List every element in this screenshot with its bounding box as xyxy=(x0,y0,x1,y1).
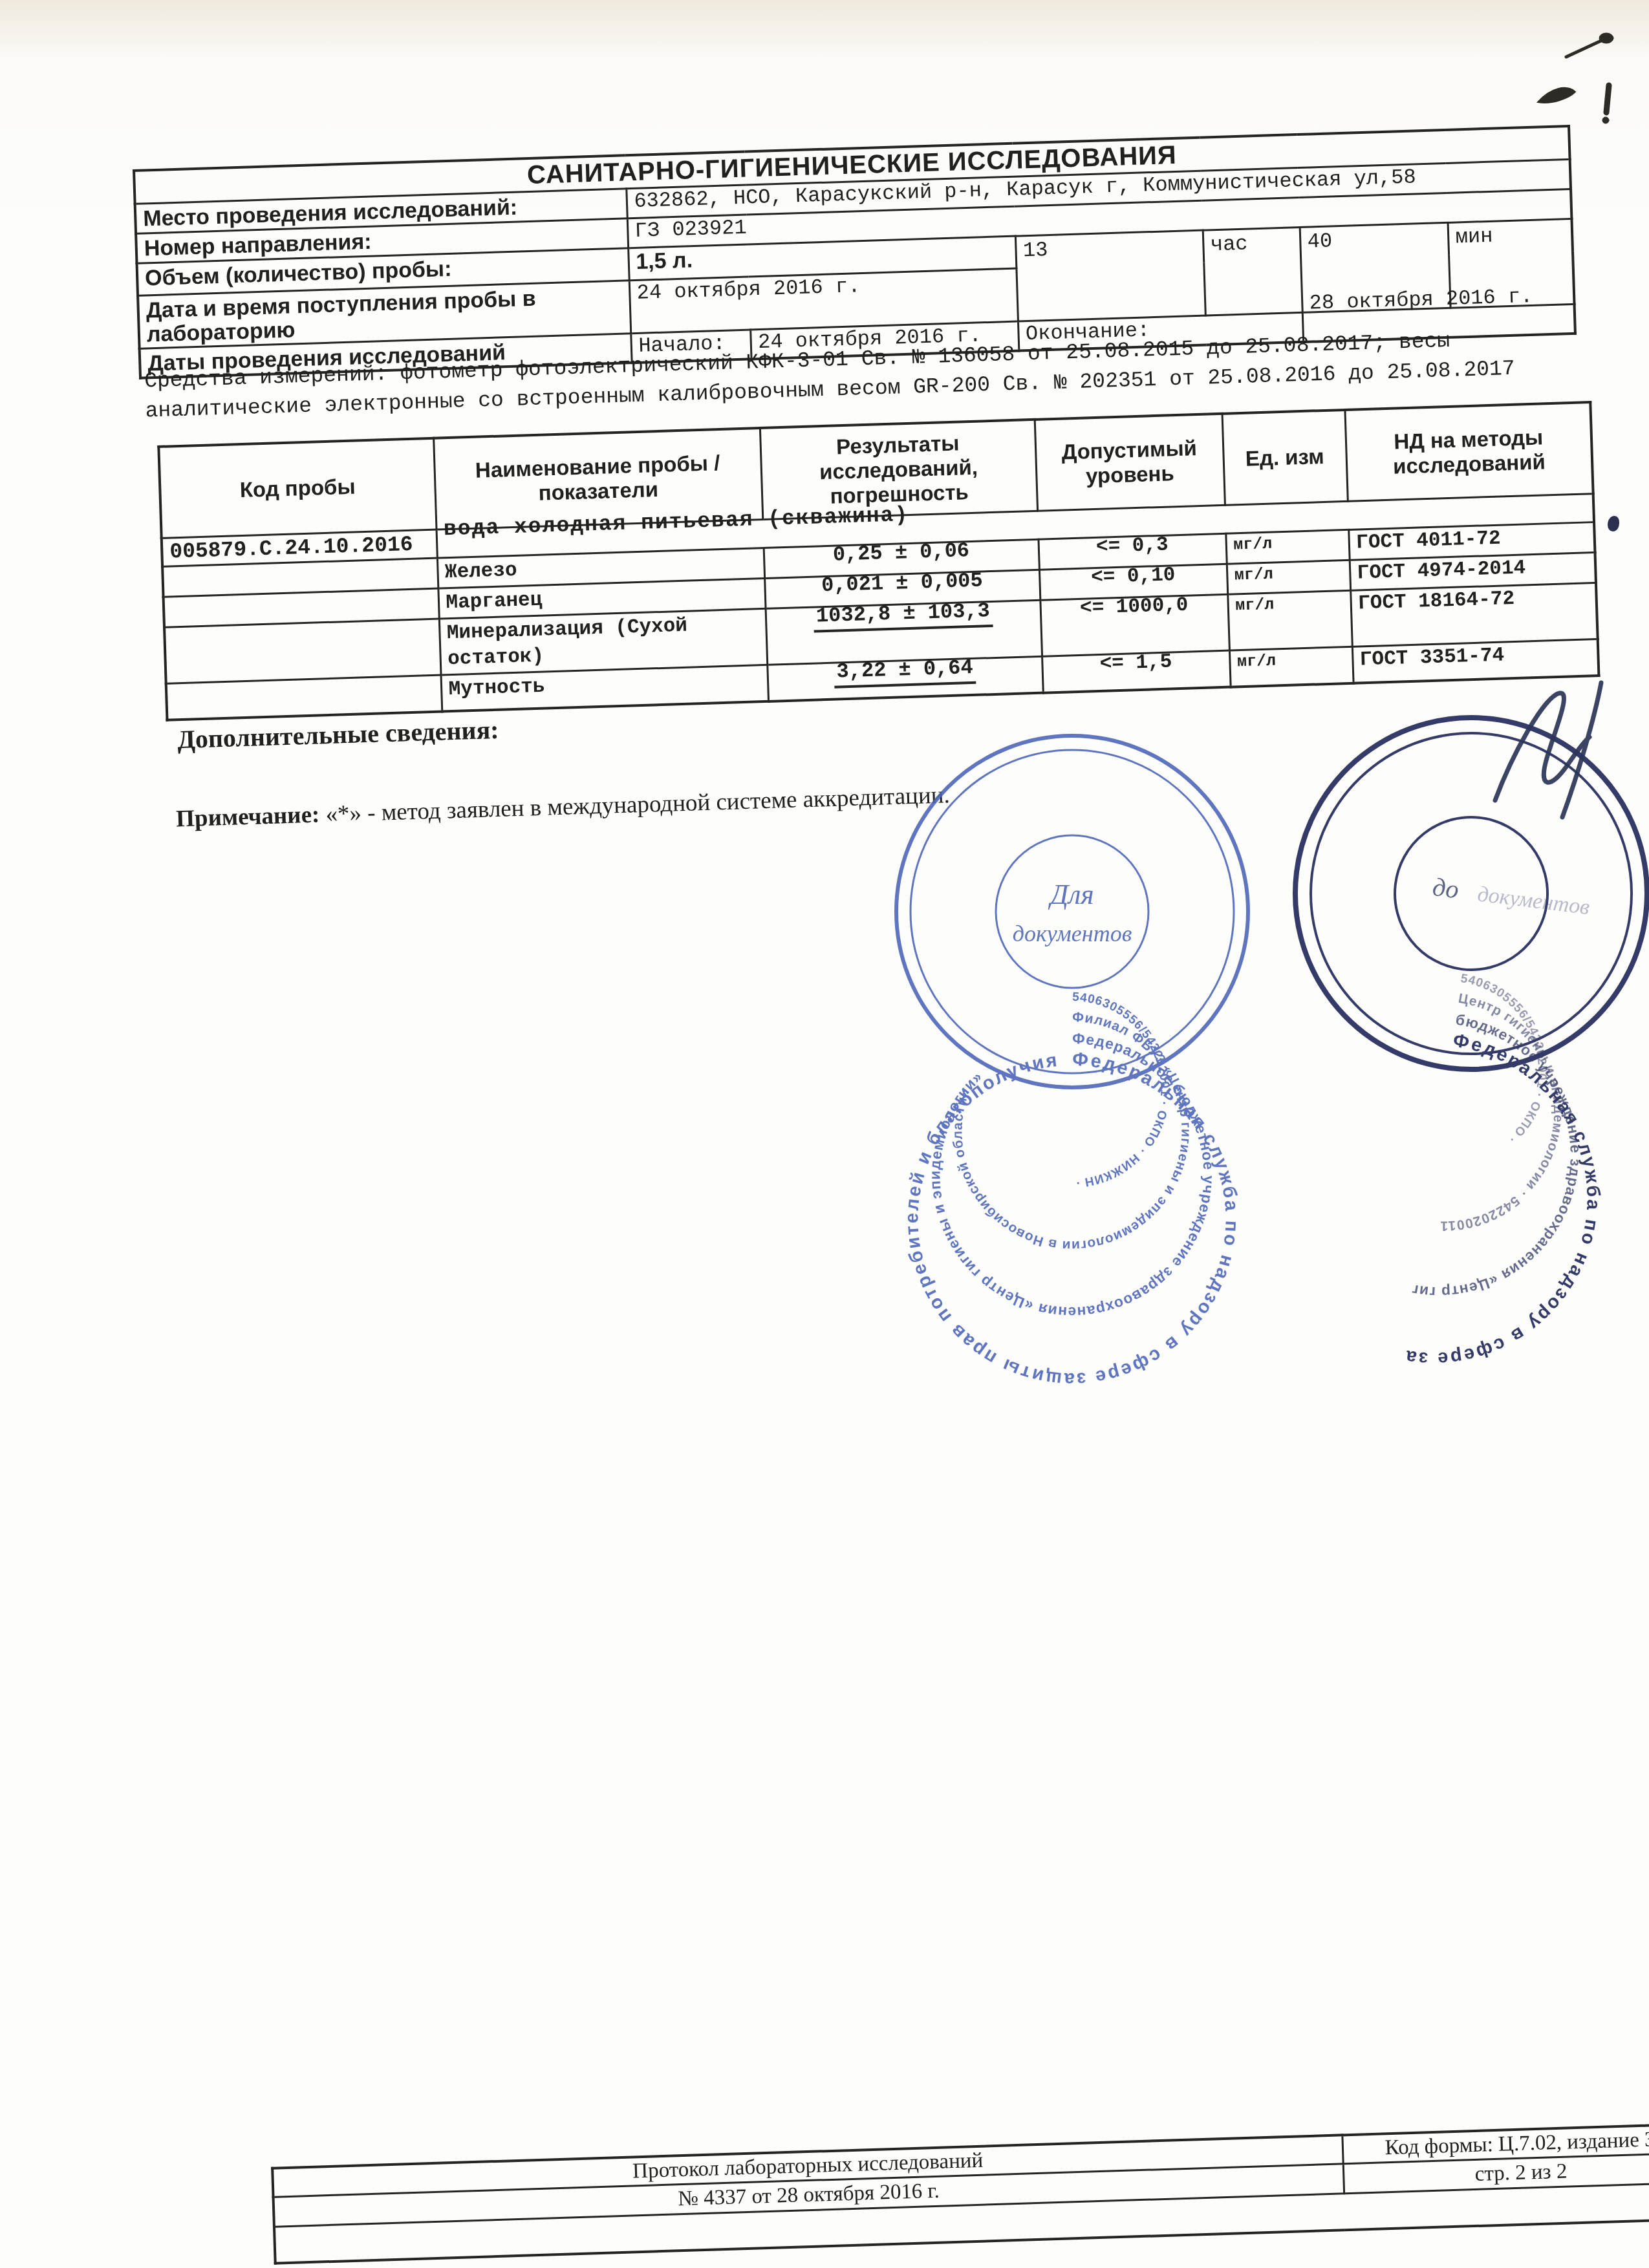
header-limit: Допустимый уровень xyxy=(1035,414,1225,511)
analyte-result: 3,22 ± 0,64 xyxy=(767,656,1043,701)
signature-icon xyxy=(1474,678,1636,833)
header-unit: Ед. изм xyxy=(1222,410,1348,505)
analyte-unit: мг/л xyxy=(1229,647,1353,687)
analyte-name: Минерализация (Сухой остаток) xyxy=(439,608,767,675)
pen-mark-icon xyxy=(1526,26,1630,129)
analyte-result: 1032,8 ± 103,3 xyxy=(766,600,1042,665)
scanned-document-page: САНИТАРНО-ГИГИЕНИЧЕСКИЕ ИССЛЕДОВАНИЯ Мес… xyxy=(0,0,1649,2268)
results-table: Код пробы Наименование пробы / показател… xyxy=(157,401,1600,721)
empty-cell xyxy=(164,619,440,683)
header-sample-code: Код пробы xyxy=(158,438,436,539)
analyte-limit: <= 1000,0 xyxy=(1040,594,1229,656)
time-hour-value: 13 xyxy=(1015,230,1205,321)
stamp-center-line2: документов xyxy=(1013,921,1132,947)
analyte-unit: мг/л xyxy=(1225,530,1349,564)
empty-cell xyxy=(166,675,442,720)
note-line: Примечание: «*» - метод заявлен в междун… xyxy=(176,781,951,833)
note-label: Примечание: xyxy=(176,802,320,833)
footer-table: Протокол лабораторных исследований Код ф… xyxy=(271,2123,1649,2264)
analyte-unit: мг/л xyxy=(1227,560,1350,594)
analyte-method: ГОСТ 18164-72 xyxy=(1350,583,1598,647)
analyte-limit: <= 1,5 xyxy=(1042,650,1231,692)
document-content: САНИТАРНО-ГИГИЕНИЧЕСКИЕ ИССЛЕДОВАНИЯ Мес… xyxy=(133,125,1643,2267)
note-text: «*» - метод заявлен в международной сист… xyxy=(325,782,950,828)
round-stamp-left: Федеральная служба по надзору в сфере за… xyxy=(885,724,1260,1099)
analyte-unit: мг/л xyxy=(1227,590,1352,650)
stamp-center-line1: Для xyxy=(1048,879,1094,910)
time-hour-unit: час xyxy=(1203,227,1302,316)
ink-blot-icon xyxy=(1608,516,1619,531)
additional-info-label: Дополнительные сведения: xyxy=(177,714,499,754)
stamp-center-line2: документов xyxy=(1476,882,1591,919)
footer-section: Протокол лабораторных исследований Код ф… xyxy=(271,2123,1649,2264)
stamp-center-line1: до xyxy=(1431,872,1460,904)
header-method: НД на методы исследований xyxy=(1344,402,1593,501)
analyte-method: ГОСТ 3351-74 xyxy=(1352,639,1599,683)
results-section: Код пробы Наименование пробы / показател… xyxy=(157,401,1600,721)
